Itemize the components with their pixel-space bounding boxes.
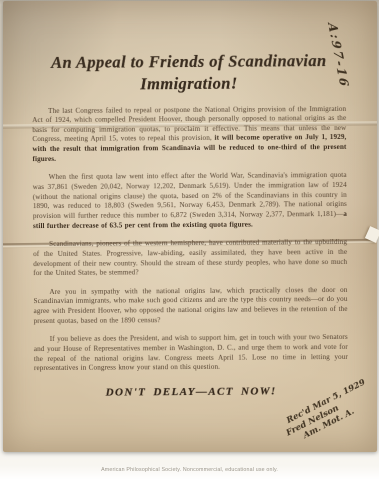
body-text: The last Congress failed to repeal or po… <box>32 104 348 374</box>
paragraph-4-text: Are you in sympathy with the national or… <box>33 286 347 325</box>
page-title: An Appeal to Friends of Scandinavian Imm… <box>28 50 350 96</box>
source-caption: American Philosophical Society. Noncomme… <box>0 467 379 473</box>
paragraph-2-text: When the first quota law went into effec… <box>33 171 347 220</box>
paragraph-4: Are you in sympathy with the national or… <box>33 286 347 327</box>
title-line-1: An Appeal to Friends of Scandinavian <box>28 50 350 74</box>
paragraph-1: The last Congress failed to repeal or po… <box>32 104 346 164</box>
paragraph-3: Scandinavians, pioneers of the western h… <box>33 238 347 279</box>
paragraph-5: If you believe as does the President, an… <box>34 333 348 374</box>
scan-background: An Appeal to Friends of Scandinavian Imm… <box>0 0 379 480</box>
source-caption-text: American Philosophical Society. Noncomme… <box>101 467 278 472</box>
document-page: An Appeal to Friends of Scandinavian Imm… <box>3 1 377 452</box>
title-line-2: Immigration! <box>28 72 350 96</box>
paragraph-2: When the first quota law went into effec… <box>33 171 347 231</box>
paragraph-3-text: Scandinavians, pioneers of the western h… <box>33 238 347 277</box>
document-content: An Appeal to Friends of Scandinavian Imm… <box>1 0 378 453</box>
paragraph-5-text: If you believe as does the President, an… <box>34 333 348 372</box>
